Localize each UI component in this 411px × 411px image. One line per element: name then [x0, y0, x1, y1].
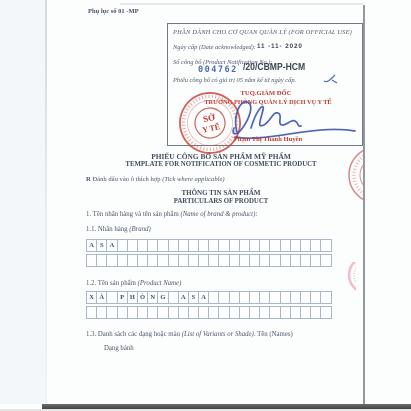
grid-cell	[281, 240, 291, 251]
validity-note: Phiếu công bố có giá trị 05 năm kể từ ng…	[173, 77, 296, 84]
grid-cell	[291, 240, 301, 251]
grid-cell	[301, 255, 311, 266]
tick-instruction: R Đánh dấu vào ô thích hợp (Tick where a…	[86, 176, 225, 183]
grid-cell	[250, 240, 260, 251]
grid-cell	[311, 292, 321, 303]
page-top-edge	[120, 3, 363, 5]
form-title-vi: PHIẾU CÔNG BỐ SẢN PHẨM MỸ PHẨM	[85, 152, 357, 161]
grid-row	[86, 306, 332, 319]
date-acknowledged-stamp: 11 -11- 2020	[257, 43, 303, 50]
field-label-brand-and-product: 1. Tên nhãn hàng và tên sản phẩm (Name o…	[86, 211, 258, 218]
grid-cell	[128, 307, 138, 318]
partial-seal-icon	[339, 144, 363, 208]
grid-cell	[148, 307, 158, 318]
official-box-title: PHẦN DÀNH CHO CƠ QUAN QUẢN LÝ (FOR OFFIC…	[173, 29, 352, 36]
grid-cell	[179, 307, 189, 318]
grid-row	[86, 254, 332, 267]
grid-cell: A	[179, 292, 189, 303]
grid-cell	[148, 255, 158, 266]
grid-cell	[321, 307, 331, 318]
grid-cell	[270, 240, 280, 251]
grid-cell	[209, 255, 219, 266]
scan-left-margin	[0, 0, 45, 404]
grid-cell	[138, 240, 148, 251]
grid-cell	[281, 292, 291, 303]
grid-cell	[281, 307, 291, 318]
grid-cell	[158, 255, 168, 266]
grid-cell	[158, 307, 168, 318]
grid-cell	[138, 307, 148, 318]
grid-cell	[250, 292, 260, 303]
grid-cell: N	[148, 292, 158, 303]
grid-cell	[219, 307, 229, 318]
grid-cell	[260, 255, 270, 266]
grid-cell	[301, 292, 311, 303]
field-label-product-name: 1.2. Tên sản phẩm (Product Name)	[86, 280, 181, 287]
grid-cell	[230, 307, 240, 318]
grid-cell	[311, 255, 321, 266]
grid-cell	[291, 292, 301, 303]
field-label-variants: 1.3. Danh sách các dạng hoặc màu (List o…	[86, 331, 293, 338]
section-title-vi: THÔNG TIN SẢN PHẨM	[85, 189, 357, 197]
grid-cell	[128, 240, 138, 251]
grid-cell	[169, 255, 179, 266]
grid-cell	[301, 307, 311, 318]
grid-cell	[128, 255, 138, 266]
grid-cell	[189, 240, 199, 251]
notification-number-suffix-stamp: /20/CBMP-HCM	[243, 61, 305, 73]
grid-cell	[199, 240, 209, 251]
grid-cell	[199, 307, 209, 318]
grid-cell	[219, 240, 229, 251]
page-fold-line	[363, 5, 365, 404]
grid-cell	[230, 255, 240, 266]
grid-cell: À	[97, 292, 107, 303]
grid-cell	[97, 307, 107, 318]
grid-cell	[281, 255, 291, 266]
grid-cell	[189, 307, 199, 318]
grid-cell	[87, 307, 97, 318]
grid-cell: A	[199, 292, 209, 303]
grid-cell	[311, 307, 321, 318]
grid-cell: H	[128, 292, 138, 303]
grid-cell	[107, 255, 117, 266]
grid-cell	[189, 255, 199, 266]
grid-cell	[169, 307, 179, 318]
grid-cell	[148, 240, 158, 251]
grid-cell	[209, 307, 219, 318]
grid-cell	[270, 292, 280, 303]
grid-cell	[250, 307, 260, 318]
grid-cell	[97, 255, 107, 266]
grid-cell	[240, 255, 250, 266]
grid-cell	[260, 292, 270, 303]
grid-cell	[179, 240, 189, 251]
scanned-document-page: Phụ lục số 01 -MP PHẦN DÀNH CHO CƠ QUAN …	[0, 0, 411, 411]
grid-cell	[118, 240, 128, 251]
grid-cell: G	[158, 292, 168, 303]
grid-cell	[240, 307, 250, 318]
grid-cell: A	[107, 240, 117, 251]
grid-cell	[209, 292, 219, 303]
grid-cell	[321, 255, 331, 266]
field-label-brand: 1.1. Nhãn hàng (Brand)	[86, 226, 151, 233]
grid-cell	[209, 240, 219, 251]
appendix-label: Phụ lục số 01 -MP	[88, 8, 139, 15]
grid-cell: P	[118, 292, 128, 303]
grid-cell	[107, 292, 117, 303]
grid-cell	[270, 255, 280, 266]
page-left-edge	[45, 0, 47, 404]
grid-cell	[230, 292, 240, 303]
form-title-en: TEMPLATE FOR NOTIFICATION OF COSMETIC PR…	[85, 161, 357, 168]
grid-row: ASA	[86, 239, 332, 252]
grid-cell: Ò	[138, 292, 148, 303]
grid-cell	[179, 255, 189, 266]
official-use-box: PHẦN DÀNH CHO CƠ QUAN QUẢN LÝ (FOR OFFIC…	[167, 23, 363, 146]
grid-cell: A	[87, 240, 97, 251]
grid-cell	[230, 240, 240, 251]
signer-name: Phạm Thị Thanh Huyền	[208, 136, 328, 143]
grid-cell	[107, 307, 117, 318]
grid-cell	[219, 292, 229, 303]
notification-number-value: 004762	[198, 65, 238, 75]
product-name-letter-grid: XÀPHÒNGASA	[86, 291, 332, 319]
grid-cell	[240, 292, 250, 303]
grid-cell	[260, 307, 270, 318]
grid-cell: S	[189, 292, 199, 303]
grid-cell	[291, 255, 301, 266]
grid-cell	[169, 292, 179, 303]
grid-cell	[199, 255, 209, 266]
grid-cell: X	[87, 292, 97, 303]
grid-cell	[301, 240, 311, 251]
grid-cell	[270, 307, 280, 318]
grid-cell	[260, 240, 270, 251]
partial-stamp-icon	[343, 262, 356, 294]
grid-cell	[118, 255, 128, 266]
grid-cell	[321, 240, 331, 251]
brand-letter-grid: ASA	[86, 239, 332, 267]
grid-cell	[291, 307, 301, 318]
pen-mark-icon	[323, 73, 339, 85]
grid-cell: S	[97, 240, 107, 251]
grid-row: XÀPHÒNGASA	[86, 291, 332, 304]
grid-cell	[240, 240, 250, 251]
grid-cell	[219, 255, 229, 266]
grid-cell	[311, 240, 321, 251]
grid-cell	[169, 240, 179, 251]
grid-cell	[87, 255, 97, 266]
variant-value: Dạng bánh	[104, 345, 134, 352]
grid-cell	[321, 292, 331, 303]
grid-cell	[250, 255, 260, 266]
grid-cell	[138, 255, 148, 266]
date-acknowledged-label: Ngày cấp (Date acknowledged):	[173, 44, 256, 51]
grid-cell	[158, 240, 168, 251]
section-title-en: PARTICULARS OF PRODUCT	[85, 198, 357, 205]
grid-cell	[118, 307, 128, 318]
